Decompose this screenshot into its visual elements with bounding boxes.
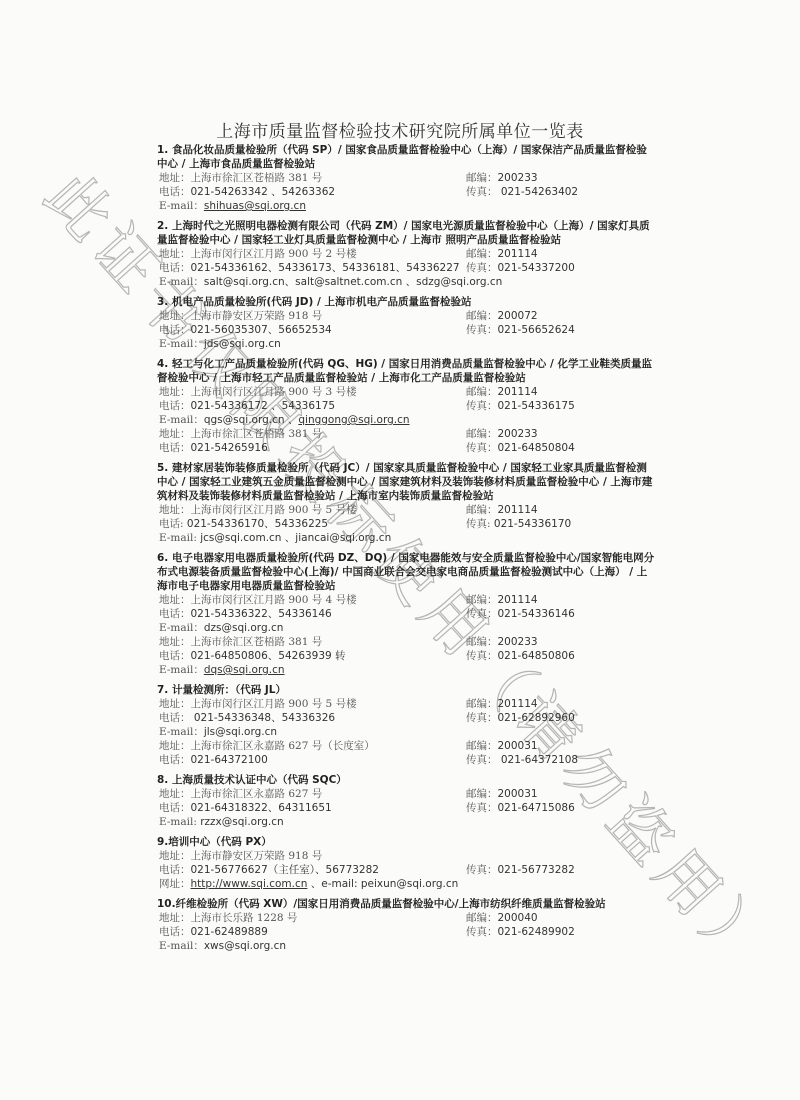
- email-link[interactable]: dqs@sqi.org.cn: [204, 664, 285, 676]
- info-row: E-mail：qgs@sqi.org.cn 、qinggong@sqi.org.…: [157, 413, 657, 427]
- field-label: 地址：: [159, 172, 191, 184]
- field-label: E-mail:: [159, 532, 200, 544]
- info-row: 地址：上海市长乐路 1228 号邮编：200040: [157, 911, 657, 925]
- info-left: 电话：021-54336162、54336173、54336181、543362…: [159, 261, 460, 275]
- field-value: jls@sqi.org.cn: [204, 726, 277, 738]
- info-left: 电话：021-64372100: [159, 753, 268, 767]
- field-value: 上海市闵行区江月路 900 号 4 号楼: [191, 594, 357, 606]
- field-label: 传真：: [466, 650, 498, 662]
- field-value: 021-64850806: [498, 650, 575, 662]
- unit-section: 3. 机电产品质量检验所(代码 JD) / 上海市机电产品质量监督检验站地址：上…: [157, 295, 657, 351]
- field-value: 200040: [498, 912, 538, 924]
- field-value: 021-56776627（主任室）、56773282: [191, 864, 379, 876]
- field-value: 上海市徐汇区苍梧路 381 号: [191, 172, 323, 184]
- info-right: 邮编：201114: [466, 503, 538, 517]
- info-right: 邮编：200031: [466, 739, 538, 753]
- unit-section: 7. 计量检测所：（代码 JL）地址：上海市闵行区江月路 900 号 5 号楼邮…: [157, 683, 657, 767]
- info-left: 地址：上海市徐汇区永嘉路 627 号: [159, 787, 322, 801]
- info-row: 地址：上海市徐汇区苍梧路 381 号邮编：200233: [157, 635, 657, 649]
- website-link[interactable]: http://www.sqi.com.cn: [191, 878, 308, 890]
- info-left: 电话：021-54336172 、54336175: [159, 399, 335, 413]
- info-row: 网址：http://www.sqi.com.cn 、e-mail: peixun…: [157, 877, 657, 891]
- field-label: 地址：: [159, 310, 191, 322]
- field-label: 邮编：: [466, 594, 498, 606]
- info-right: 传真：021-62892960: [466, 711, 575, 725]
- unit-heading: 6. 电子电器家用电器质量检验所(代码 DZ、DQ) / 国家电器能效与安全质量…: [157, 551, 657, 593]
- unit-section: 8. 上海质量技术认证中心（代码 SQC）地址：上海市徐汇区永嘉路 627 号邮…: [157, 773, 657, 829]
- field-label: 网址：: [159, 878, 191, 890]
- field-label: 电话：: [159, 262, 191, 274]
- info-left: 电话：021-54336322、54336146: [159, 607, 332, 621]
- info-left: 地址：上海市闵行区江月路 900 号 2 号楼: [159, 247, 357, 261]
- info-left: 网址：http://www.sqi.com.cn 、e-mail: peixun…: [159, 877, 458, 891]
- field-value: 上海市徐汇区永嘉路 627 号（长度室）: [191, 740, 375, 752]
- field-value: 、e-mail: peixun@sqi.org.cn: [307, 878, 458, 890]
- field-label: 传真：: [466, 802, 498, 814]
- info-row: 地址：上海市徐汇区永嘉路 627 号（长度室）邮编：200031: [157, 739, 657, 753]
- info-row: 电话：021-64372100传真： 021-64372108: [157, 753, 657, 767]
- field-value: 上海市徐汇区苍梧路 381 号: [191, 636, 323, 648]
- field-label: 邮编：: [466, 310, 498, 322]
- info-row: 地址：上海市闵行区江月路 900 号 2 号楼邮编：201114: [157, 247, 657, 261]
- unit-heading: 9.培训中心（代码 PX）: [157, 835, 657, 849]
- info-right: 邮编：200072: [466, 309, 538, 323]
- info-right: 邮编：200233: [466, 427, 538, 441]
- field-value: 200031: [498, 740, 538, 752]
- info-left: E-mail：salt@sqi.org.cn、salt@saltnet.com.…: [159, 275, 502, 289]
- info-row: 电话：021-54265916传真：021-64850804: [157, 441, 657, 455]
- field-value: 021-54336170: [494, 518, 571, 530]
- field-label: 电话：: [159, 324, 191, 336]
- info-left: 电话：021-54265916: [159, 441, 268, 455]
- info-row: 地址：上海市闵行区江月路 900 号 5 号楼邮编：201114: [157, 697, 657, 711]
- info-right: 传真：021-54337200: [466, 261, 575, 275]
- field-value: 200233: [498, 172, 538, 184]
- field-label: 地址：: [159, 698, 191, 710]
- field-value: 021-54263402: [498, 186, 579, 198]
- info-left: 电话：021-62489889: [159, 925, 268, 939]
- field-value: 201114: [498, 504, 538, 516]
- email-link[interactable]: shihuas@sqi.org.cn: [204, 200, 306, 212]
- unit-heading: 2. 上海时代之光照明电器检测有限公司（代码 ZM）/ 国家电光源质量监督检验中…: [157, 219, 657, 247]
- field-label: E-mail：: [159, 726, 204, 738]
- info-row: 地址：上海市闵行区江月路 900 号 4 号楼邮编：201114: [157, 593, 657, 607]
- info-row: E-mail：xws@sqi.org.cn: [157, 939, 657, 953]
- info-row: 地址：上海市闵行区江月路 900 号 5 号楼邮编：201114: [157, 503, 657, 517]
- field-label: 地址：: [159, 636, 191, 648]
- info-left: E-mail：dqs@sqi.org.cn: [159, 663, 285, 677]
- unit-section: 10.纤维检验所（代码 XW）/国家日用消费品质量监督检验中心/上海市纺织纤维质…: [157, 897, 657, 953]
- field-label: E-mail:: [159, 816, 200, 828]
- field-label: 传真：: [466, 262, 498, 274]
- field-value: 021-54337200: [498, 262, 575, 274]
- field-value: 上海市闵行区江月路 900 号 5 号楼: [191, 698, 357, 710]
- info-right: 传真：021-56652624: [466, 323, 575, 337]
- field-label: 传真:: [466, 518, 494, 530]
- info-right: 邮编：200233: [466, 635, 538, 649]
- info-row: 电话: 021-54336170、54336225传真: 021-5433617…: [157, 517, 657, 531]
- info-left: 电话：021-64850806、54263939 转: [159, 649, 346, 663]
- info-row: E-mail：jds@sqi.org.cn: [157, 337, 657, 351]
- field-value: 021-56773282: [498, 864, 575, 876]
- info-row: 地址：上海市徐汇区永嘉路 627 号邮编：200031: [157, 787, 657, 801]
- field-value: 021-64372100: [191, 754, 268, 766]
- field-value: 上海市长乐路 1228 号: [191, 912, 298, 924]
- info-left: 电话：021-56776627（主任室）、56773282: [159, 863, 379, 877]
- info-right: 邮编：200040: [466, 911, 538, 925]
- field-label: 电话：: [159, 864, 191, 876]
- info-right: 邮编：201114: [466, 247, 538, 261]
- field-value: salt@sqi.org.cn、salt@saltnet.com.cn 、sdz…: [204, 276, 502, 288]
- info-row: 地址：上海市静安区万荣路 918 号邮编：200072: [157, 309, 657, 323]
- info-row: 地址：上海市闵行区江月路 900 号 3 号楼邮编：201114: [157, 385, 657, 399]
- field-value: 021-64850806、54263939 转: [191, 650, 346, 662]
- info-left: 地址：上海市闵行区江月路 900 号 5 号楼: [159, 503, 357, 517]
- field-value: jcs@sqi.com.cn 、jiancai@sqi.org.cn: [200, 532, 391, 544]
- info-left: 地址：上海市长乐路 1228 号: [159, 911, 297, 925]
- field-value: rzzx@sqi.org.cn: [200, 816, 283, 828]
- field-value: 上海市静安区万荣路 918 号: [191, 310, 323, 322]
- info-left: 地址：上海市徐汇区永嘉路 627 号（长度室）: [159, 739, 375, 753]
- info-left: E-mail: jcs@sqi.com.cn 、jiancai@sqi.org.…: [159, 531, 391, 545]
- info-row: 地址：上海市静安区万荣路 918 号: [157, 849, 657, 863]
- info-right: 邮编：201114: [466, 593, 538, 607]
- field-value: 021-56652624: [498, 324, 575, 336]
- field-label: 传真：: [466, 400, 498, 412]
- field-value: 021-54265916: [191, 442, 268, 454]
- field-label: 邮编：: [466, 386, 498, 398]
- field-label: 地址：: [159, 740, 191, 752]
- field-value: 021-54336348、54336326: [191, 712, 336, 724]
- info-right: 传真：021-62489902: [466, 925, 575, 939]
- info-row: E-mail：jls@sqi.org.cn: [157, 725, 657, 739]
- field-label: E-mail：: [159, 338, 204, 350]
- field-value: 021-54336175: [498, 400, 575, 412]
- field-value: 200233: [498, 428, 538, 440]
- info-row: 电话：021-56035307、56652534传真：021-56652624: [157, 323, 657, 337]
- info-right: 传真：021-64715086: [466, 801, 575, 815]
- field-label: 地址：: [159, 594, 191, 606]
- field-label: 邮编：: [466, 504, 498, 516]
- field-label: 电话：: [159, 754, 191, 766]
- field-label: 地址：: [159, 850, 191, 862]
- info-left: E-mail：dzs@sqi.org.cn: [159, 621, 283, 635]
- info-left: 电话：021-54263342 、54263362: [159, 185, 335, 199]
- field-value: 021-54336162、54336173、54336181、54336227: [191, 262, 460, 274]
- info-row: E-mail: jcs@sqi.com.cn 、jiancai@sqi.org.…: [157, 531, 657, 545]
- field-value: 021-62892960: [498, 712, 575, 724]
- page-title: 上海市质量监督检验技术研究院所属单位一览表: [0, 117, 800, 142]
- field-label: 邮编：: [466, 172, 498, 184]
- field-value: 上海市闵行区江月路 900 号 3 号楼: [191, 386, 357, 398]
- info-left: E-mail：xws@sqi.org.cn: [159, 939, 286, 953]
- info-right: 传真： 021-54263402: [466, 185, 578, 199]
- field-label: E-mail：: [159, 200, 204, 212]
- info-left: 地址：上海市徐汇区苍梧路 381 号: [159, 427, 322, 441]
- unit-section: 1. 食品化妆品质量检验所（代码 SP）/ 国家食品质量监督检验中心（上海）/ …: [157, 143, 657, 213]
- field-label: 邮编：: [466, 912, 498, 924]
- field-value: 021-54263342 、54263362: [191, 186, 336, 198]
- field-label: 传真：: [466, 864, 498, 876]
- info-left: E-mail: rzzx@sqi.org.cn: [159, 815, 284, 829]
- field-label: 传真：: [466, 754, 498, 766]
- email-link[interactable]: qinggong@sqi.org.cn: [298, 414, 409, 426]
- info-row: E-mail：dzs@sqi.org.cn: [157, 621, 657, 635]
- info-row: E-mail：dqs@sqi.org.cn: [157, 663, 657, 677]
- field-value: 021-56035307、56652534: [191, 324, 332, 336]
- field-value: 201114: [498, 698, 538, 710]
- info-left: 地址：上海市徐汇区苍梧路 381 号: [159, 171, 322, 185]
- field-value: 上海市徐汇区永嘉路 627 号: [191, 788, 323, 800]
- info-right: 邮编：200031: [466, 787, 538, 801]
- info-right: 传真：021-64850806: [466, 649, 575, 663]
- info-right: 邮编：200233: [466, 171, 538, 185]
- unit-section: 6. 电子电器家用电器质量检验所(代码 DZ、DQ) / 国家电器能效与安全质量…: [157, 551, 657, 677]
- field-value: 021-64715086: [498, 802, 575, 814]
- info-row: 电话：021-54336322、54336146传真：021-54336146: [157, 607, 657, 621]
- field-label: 地址：: [159, 386, 191, 398]
- field-value: 021-54336172 、54336175: [191, 400, 336, 412]
- unit-heading: 1. 食品化妆品质量检验所（代码 SP）/ 国家食品质量监督检验中心（上海）/ …: [157, 143, 657, 171]
- field-label: 电话：: [159, 400, 191, 412]
- unit-section: 2. 上海时代之光照明电器检测有限公司（代码 ZM）/ 国家电光源质量监督检验中…: [157, 219, 657, 289]
- field-label: 电话：: [159, 608, 191, 620]
- unit-section: 9.培训中心（代码 PX）地址：上海市静安区万荣路 918 号电话：021-56…: [157, 835, 657, 891]
- field-label: 地址：: [159, 428, 191, 440]
- field-value: 021-64850804: [498, 442, 575, 454]
- field-value: 200072: [498, 310, 538, 322]
- info-left: 电话：021-56035307、56652534: [159, 323, 332, 337]
- field-value: 200031: [498, 788, 538, 800]
- field-label: 电话：: [159, 712, 191, 724]
- info-left: 地址：上海市徐汇区苍梧路 381 号: [159, 635, 322, 649]
- unit-section: 5. 建材家居装饰装修质量检验所（代码 JC）/ 国家家具质量监督检验中心 / …: [157, 461, 657, 545]
- info-left: 地址：上海市闵行区江月路 900 号 3 号楼: [159, 385, 357, 399]
- info-row: 地址：上海市徐汇区苍梧路 381 号邮编：200233: [157, 427, 657, 441]
- field-value: 上海市闵行区江月路 900 号 2 号楼: [191, 248, 357, 260]
- field-value: 上海市徐汇区苍梧路 381 号: [191, 428, 323, 440]
- field-label: 邮编：: [466, 740, 498, 752]
- field-value: 上海市闵行区江月路 900 号 5 号楼: [191, 504, 357, 516]
- info-left: 地址：上海市静安区万荣路 918 号: [159, 849, 322, 863]
- field-value: 200233: [498, 636, 538, 648]
- field-value: qgs@sqi.org.cn 、: [204, 414, 299, 426]
- unit-heading: 4. 轻工与化工产品质量检验所(代码 QG、HG) / 国家日用消费品质量监督检…: [157, 357, 657, 385]
- info-left: 电话：021-64318322、64311651: [159, 801, 332, 815]
- field-label: 地址：: [159, 788, 191, 800]
- field-label: 邮编：: [466, 248, 498, 260]
- info-row: E-mail：salt@sqi.org.cn、salt@saltnet.com.…: [157, 275, 657, 289]
- info-right: 传真：021-54336175: [466, 399, 575, 413]
- info-left: E-mail：jds@sqi.org.cn: [159, 337, 281, 351]
- unit-heading: 5. 建材家居装饰装修质量检验所（代码 JC）/ 国家家具质量监督检验中心 / …: [157, 461, 657, 503]
- info-right: 传真: 021-54336170: [466, 517, 571, 531]
- field-label: 传真：: [466, 186, 498, 198]
- field-label: 邮编：: [466, 788, 498, 800]
- field-label: 传真：: [466, 324, 498, 336]
- unit-heading: 8. 上海质量技术认证中心（代码 SQC）: [157, 773, 657, 787]
- field-value: jds@sqi.org.cn: [204, 338, 281, 350]
- field-value: dzs@sqi.org.cn: [204, 622, 284, 634]
- info-right: 传真：021-64850804: [466, 441, 575, 455]
- field-label: 电话：: [159, 802, 191, 814]
- unit-heading: 7. 计量检测所：（代码 JL）: [157, 683, 657, 697]
- info-left: 电话： 021-54336348、54336326: [159, 711, 335, 725]
- field-value: 021-64318322、64311651: [191, 802, 332, 814]
- field-value: 021-54336146: [498, 608, 575, 620]
- info-left: 地址：上海市闵行区江月路 900 号 4 号楼: [159, 593, 357, 607]
- info-row: 电话：021-54336162、54336173、54336181、543362…: [157, 261, 657, 275]
- field-label: 邮编：: [466, 428, 498, 440]
- field-label: 电话:: [159, 518, 187, 530]
- field-label: 传真：: [466, 926, 498, 938]
- info-left: 电话: 021-54336170、54336225: [159, 517, 328, 531]
- unit-heading: 10.纤维检验所（代码 XW）/国家日用消费品质量监督检验中心/上海市纺织纤维质…: [157, 897, 657, 911]
- info-left: E-mail：shihuas@sqi.org.cn: [159, 199, 306, 213]
- field-label: 传真：: [466, 442, 498, 454]
- field-label: 电话：: [159, 186, 191, 198]
- field-label: E-mail：: [159, 664, 204, 676]
- info-row: 电话：021-62489889传真：021-62489902: [157, 925, 657, 939]
- info-row: 电话：021-54263342 、54263362传真： 021-5426340…: [157, 185, 657, 199]
- field-value: 021-62489902: [498, 926, 575, 938]
- info-left: E-mail：jls@sqi.org.cn: [159, 725, 277, 739]
- field-label: 传真：: [466, 608, 498, 620]
- document-page: 此证书仅限投标使用（请勿盗用） 上海市质量监督检验技术研究院所属单位一览表 1.…: [0, 0, 800, 1100]
- info-right: 邮编：201114: [466, 697, 538, 711]
- field-label: 邮编：: [466, 698, 498, 710]
- info-row: 电话：021-64318322、64311651传真：021-64715086: [157, 801, 657, 815]
- field-value: 021-64372108: [498, 754, 579, 766]
- unit-section: 4. 轻工与化工产品质量检验所(代码 QG、HG) / 国家日用消费品质量监督检…: [157, 357, 657, 455]
- field-value: 上海市静安区万荣路 918 号: [191, 850, 323, 862]
- field-label: E-mail：: [159, 622, 204, 634]
- field-value: 021-62489889: [191, 926, 268, 938]
- field-value: xws@sqi.org.cn: [204, 940, 286, 952]
- unit-heading: 3. 机电产品质量检验所(代码 JD) / 上海市机电产品质量监督检验站: [157, 295, 657, 309]
- field-label: E-mail：: [159, 940, 204, 952]
- info-left: 地址：上海市闵行区江月路 900 号 5 号楼: [159, 697, 357, 711]
- info-row: 地址：上海市徐汇区苍梧路 381 号邮编：200233: [157, 171, 657, 185]
- field-label: 电话：: [159, 442, 191, 454]
- info-right: 传真：021-54336146: [466, 607, 575, 621]
- field-value: 021-54336170、54336225: [187, 518, 328, 530]
- field-value: 021-54336322、54336146: [191, 608, 332, 620]
- info-row: 电话：021-64850806、54263939 转传真：021-6485080…: [157, 649, 657, 663]
- field-label: 电话：: [159, 926, 191, 938]
- info-left: E-mail：qgs@sqi.org.cn 、qinggong@sqi.org.…: [159, 413, 410, 427]
- info-row: E-mail：shihuas@sqi.org.cn: [157, 199, 657, 213]
- info-right: 传真：021-56773282: [466, 863, 575, 877]
- info-left: 地址：上海市静安区万荣路 918 号: [159, 309, 322, 323]
- field-label: 地址：: [159, 912, 191, 924]
- field-value: 201114: [498, 248, 538, 260]
- field-label: 地址：: [159, 504, 191, 516]
- info-right: 传真： 021-64372108: [466, 753, 578, 767]
- field-label: 电话：: [159, 650, 191, 662]
- info-row: E-mail: rzzx@sqi.org.cn: [157, 815, 657, 829]
- info-row: 电话： 021-54336348、54336326传真：021-62892960: [157, 711, 657, 725]
- field-value: 201114: [498, 386, 538, 398]
- info-row: 电话：021-54336172 、54336175传真：021-54336175: [157, 399, 657, 413]
- field-label: 邮编：: [466, 636, 498, 648]
- field-value: 201114: [498, 594, 538, 606]
- units-list: 1. 食品化妆品质量检验所（代码 SP）/ 国家食品质量监督检验中心（上海）/ …: [157, 143, 657, 959]
- info-row: 电话：021-56776627（主任室）、56773282传真：021-5677…: [157, 863, 657, 877]
- info-right: 邮编：201114: [466, 385, 538, 399]
- field-label: E-mail：: [159, 276, 204, 288]
- field-label: 传真：: [466, 712, 498, 724]
- field-label: E-mail：: [159, 414, 204, 426]
- field-label: 地址：: [159, 248, 191, 260]
